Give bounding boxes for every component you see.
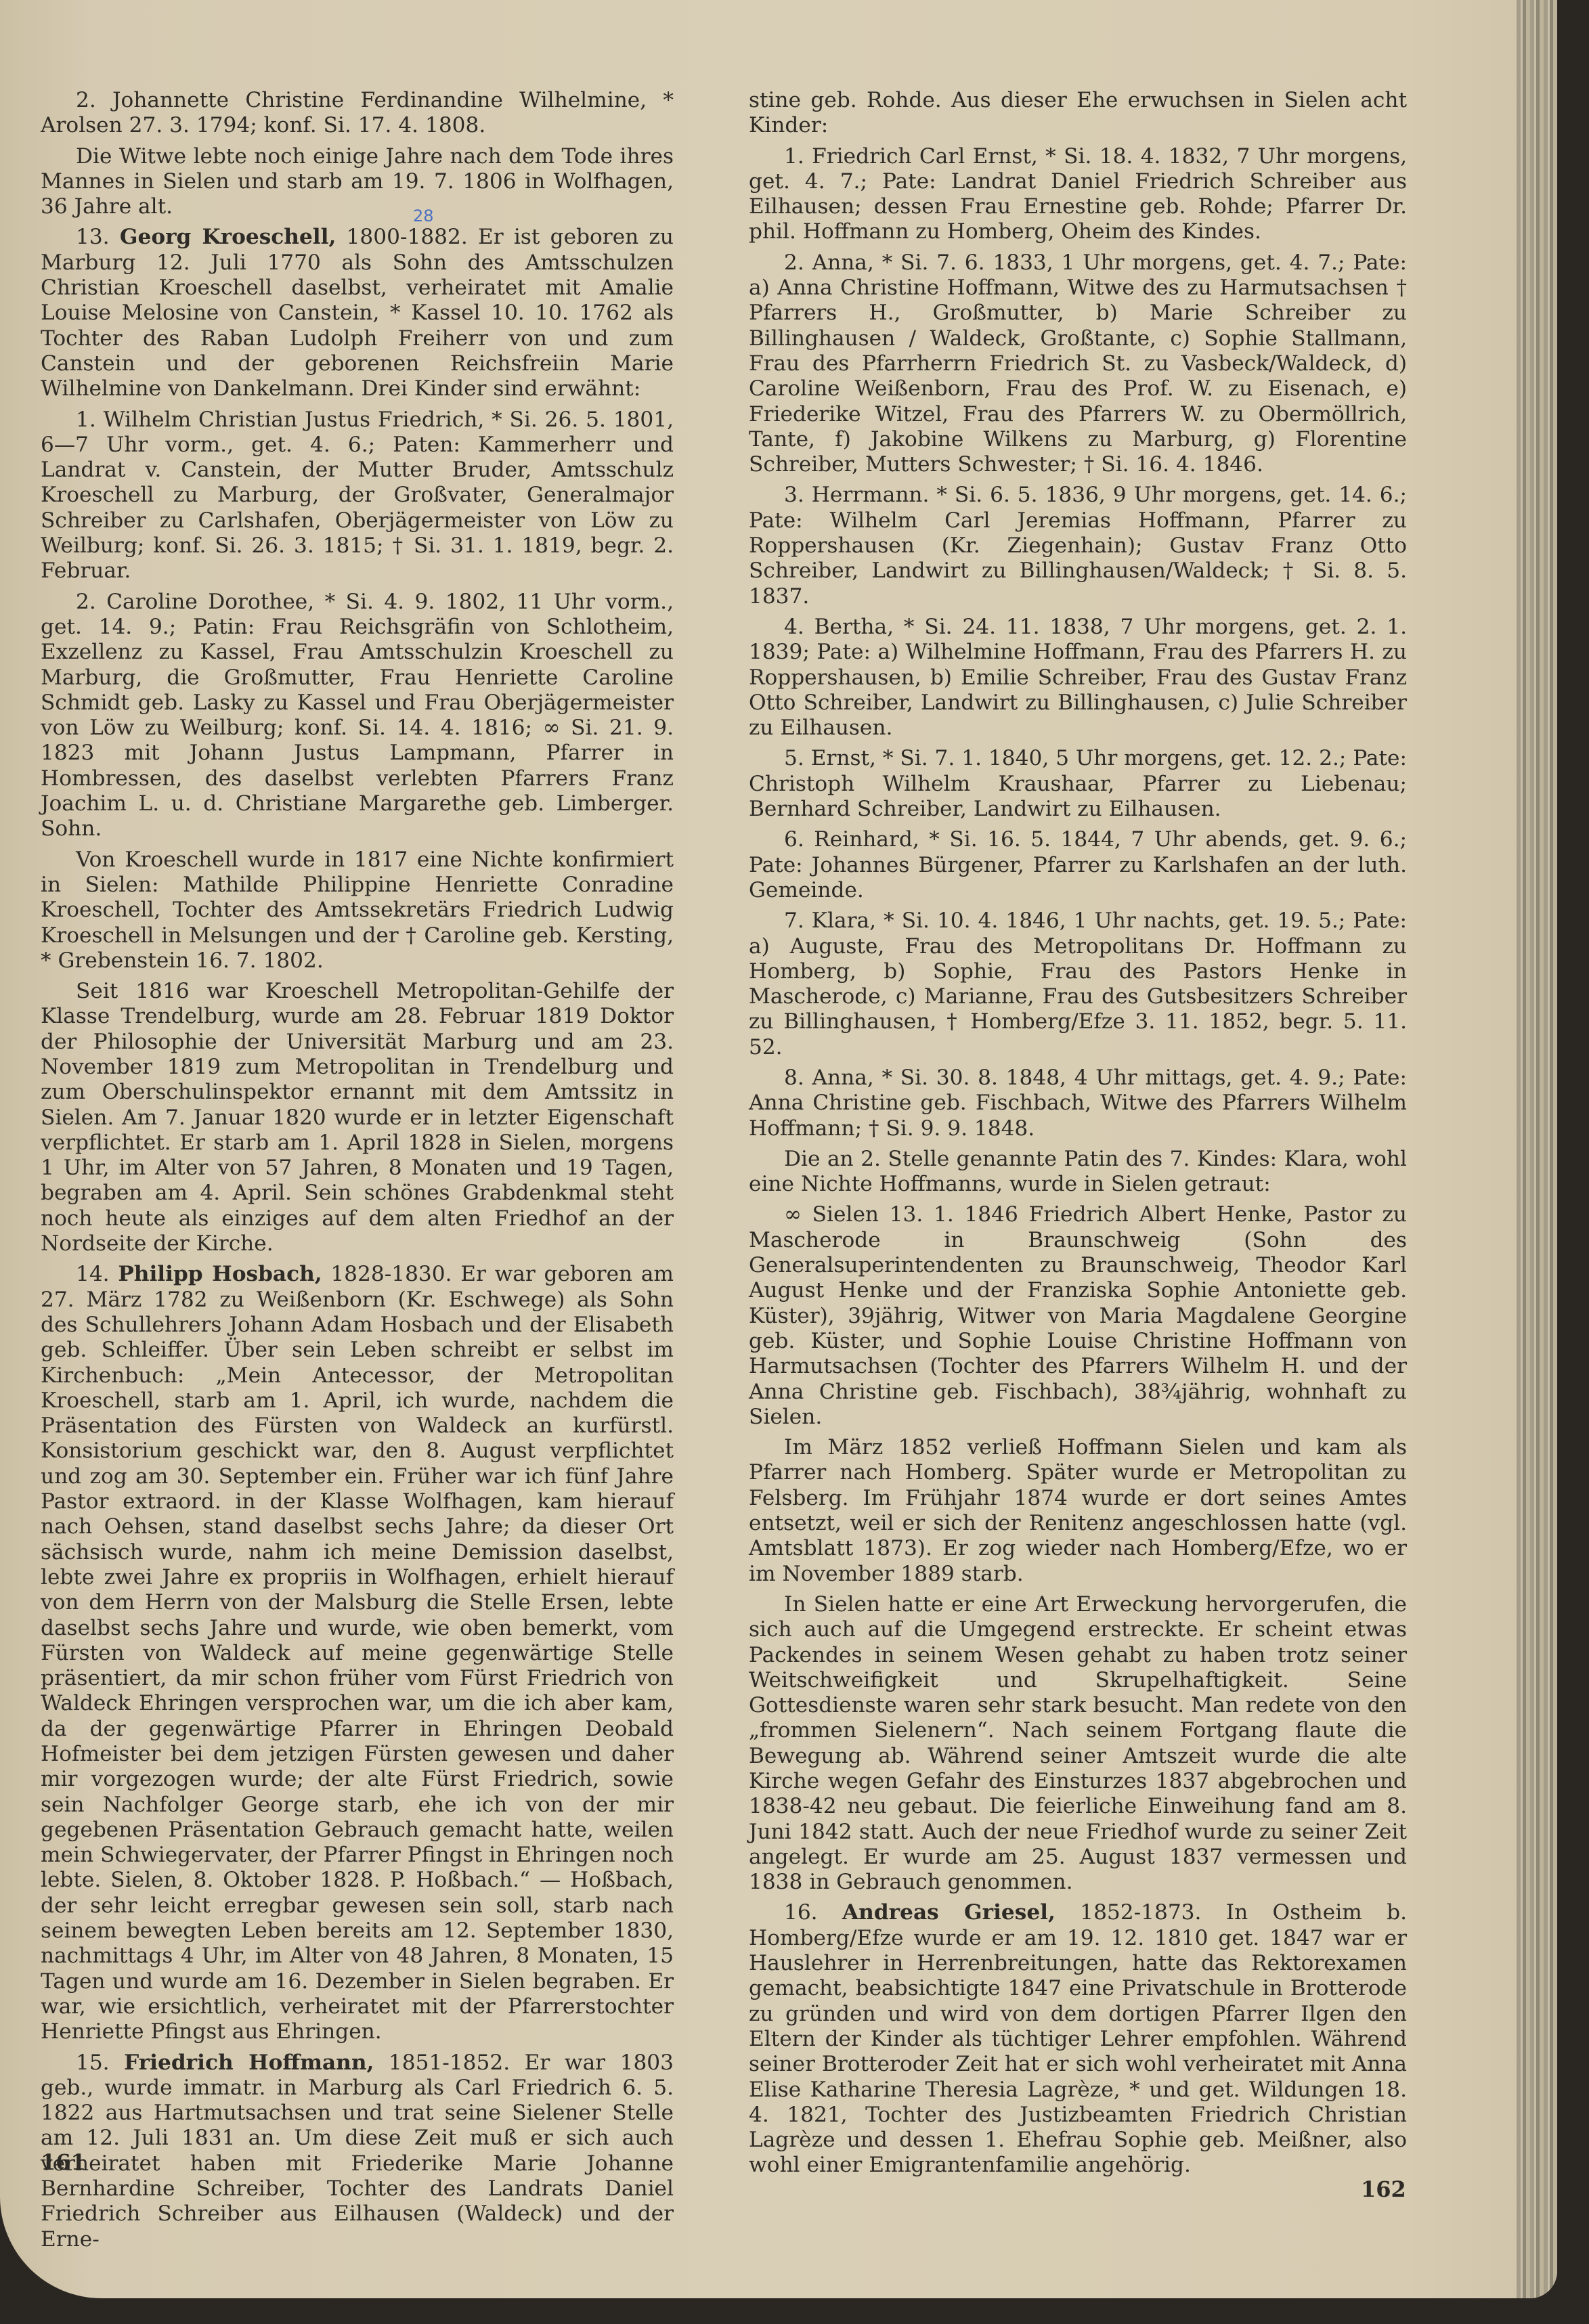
paragraph: Die an 2. Stelle genannte Patin des 7. K… xyxy=(749,1147,1407,1198)
paragraph: 1. Wilhelm Christian Justus Friedrich, *… xyxy=(41,408,674,584)
paragraph: Die Witwe lebte noch einige Jahre nach d… xyxy=(41,144,674,220)
entry-text: 1851-1852. Er war 1803 geb., wurde immat… xyxy=(41,2051,674,2252)
left-page-column: 2. Johannette Christine Ferdinandine Wil… xyxy=(41,88,674,2258)
page-number-right: 162 xyxy=(1361,2176,1406,2202)
entry-number: 14. xyxy=(76,1262,110,1286)
paragraph: 2. Caroline Dorothee, * Si. 4. 9. 1802, … xyxy=(41,590,674,842)
entry-heading: Philipp Hosbach, xyxy=(118,1262,322,1286)
paragraph: 6. Reinhard, * Si. 16. 5. 1844, 7 Uhr ab… xyxy=(749,827,1407,903)
entry-heading: Andreas Griesel, xyxy=(842,1900,1055,1925)
entry-paragraph: 14. Philipp Hosbach, 1828-1830. Er war g… xyxy=(41,1262,674,2044)
entry-paragraph: 15. Friedrich Hoffmann, 1851-1852. Er wa… xyxy=(41,2051,674,2252)
entry-number: 15. xyxy=(76,2051,110,2075)
book-page-spread: 28 2. Johannette Christine Ferdinandine … xyxy=(0,0,1557,2298)
paragraph: 2. Johannette Christine Ferdinandine Wil… xyxy=(41,88,674,139)
entry-heading: Friedrich Hoffmann, xyxy=(124,2051,374,2075)
paragraph: 1. Friedrich Carl Ernst, * Si. 18. 4. 18… xyxy=(749,144,1407,245)
right-page-column: stine geb. Rohde. Aus dieser Ehe erwuchs… xyxy=(749,88,1407,2184)
paragraph: 2. Anna, * Si. 7. 6. 1833, 1 Uhr morgens… xyxy=(749,250,1407,478)
paragraph: ∞ Sielen 13. 1. 1846 Friedrich Albert He… xyxy=(749,1202,1407,1430)
paragraph: stine geb. Rohde. Aus dieser Ehe erwuchs… xyxy=(749,88,1407,139)
paragraph: In Sielen hatte er eine Art Erweckung he… xyxy=(749,1592,1407,1895)
paragraph: Von Kroeschell wurde in 1817 eine Nichte… xyxy=(41,848,674,973)
entry-text: 1800-1882. Er ist geboren zu Marburg 12.… xyxy=(41,225,674,401)
page-number-left: 161 xyxy=(41,2149,86,2175)
paragraph: 3. Herrmann. * Si. 6. 5. 1836, 9 Uhr mor… xyxy=(749,483,1407,609)
paragraph: 8. Anna, * Si. 30. 8. 1848, 4 Uhr mittag… xyxy=(749,1066,1407,1141)
paragraph: 4. Bertha, * Si. 24. 11. 1838, 7 Uhr mor… xyxy=(749,615,1407,741)
paragraph: 5. Ernst, * Si. 7. 1. 1840, 5 Uhr morgen… xyxy=(749,746,1407,822)
entry-paragraph: 16. Andreas Griesel, 1852-1873. In Osthe… xyxy=(749,1900,1407,2178)
entry-number: 16. xyxy=(784,1900,818,1925)
paragraph: Seit 1816 war Kroeschell Metropolitan-Ge… xyxy=(41,979,674,1256)
paragraph: Im März 1852 verließ Hoffmann Sielen und… xyxy=(749,1435,1407,1587)
entry-paragraph: 13. Georg Kroeschell, 1800-1882. Er ist … xyxy=(41,225,674,401)
page-edge-stack xyxy=(1517,0,1557,2298)
entry-number: 13. xyxy=(76,225,110,249)
entry-heading: Georg Kroeschell, xyxy=(120,225,336,249)
paragraph: 7. Klara, * Si. 10. 4. 1846, 1 Uhr nacht… xyxy=(749,908,1407,1060)
entry-text: 1852-1873. In Ostheim b. Homberg/Efze wu… xyxy=(749,1900,1407,2177)
entry-text: 1828-1830. Er war geboren am 27. März 17… xyxy=(41,1262,674,2044)
